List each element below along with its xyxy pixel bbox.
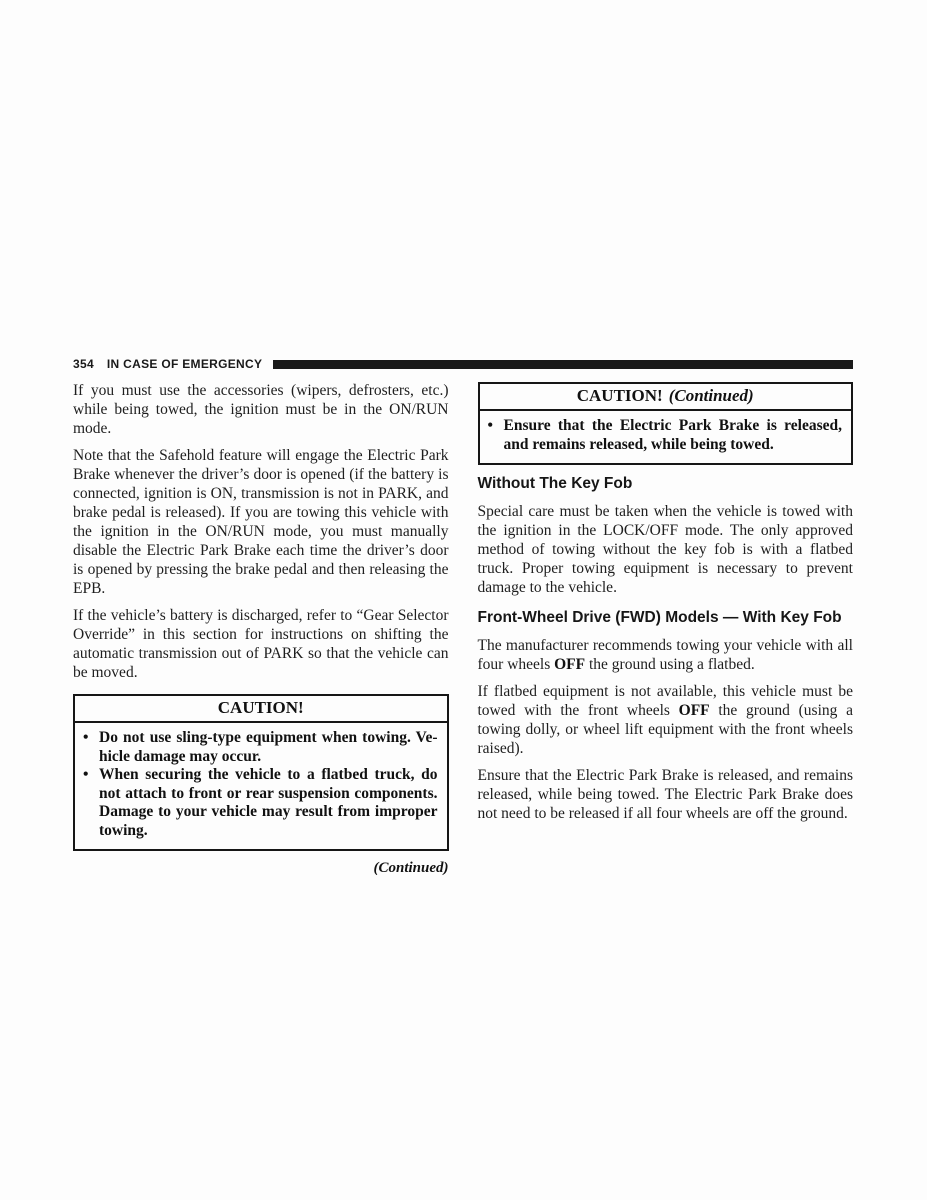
- bullet-icon: •: [488, 417, 504, 454]
- caution-bullet-text: When securing the vehicle to a flatbed t…: [99, 766, 438, 840]
- caution-box-title: CAUTION!: [75, 696, 447, 723]
- caution-bullet-text: Ensure that the Electric Park Brake is r…: [504, 417, 843, 454]
- off-emphasis: OFF: [554, 656, 585, 673]
- caution-title-continued: (Continued): [669, 386, 754, 405]
- caution-title-text: CAUTION!: [577, 386, 663, 405]
- caution-title-text: CAUTION!: [218, 698, 304, 717]
- heading-without-key-fob: Without The Key Fob: [478, 475, 854, 493]
- paragraph-battery-discharged: If the vehicle’s battery is discharged, …: [73, 606, 449, 682]
- caution-bullet-epb-released: • Ensure that the Electric Park Brake is…: [488, 417, 843, 454]
- manual-page: 354 IN CASE OF EMERGENCY If you must use…: [0, 0, 927, 1200]
- caution-box-body: • Ensure that the Electric Park Brake is…: [480, 411, 852, 463]
- caution-bullet-flatbed-securing: • When securing the vehicle to a flatbed…: [83, 766, 438, 840]
- paragraph-accessories: If you must use the accessories (wipers,…: [73, 381, 449, 438]
- right-column: CAUTION!(Continued) • Ensure that the El…: [478, 381, 854, 877]
- caution-box-body: • Do not use sling-type equipment when t…: [75, 723, 447, 849]
- paragraph-flatbed-not-available: If flatbed equipment is not available, t…: [478, 682, 854, 758]
- caution-bullet-text: Do not use sling-type equipment when tow…: [99, 729, 438, 766]
- paragraph-ensure-epb: Ensure that the Electric Park Brake is r…: [478, 766, 854, 823]
- two-column-layout: If you must use the accessories (wipers,…: [73, 381, 853, 877]
- header-rule-bar: [273, 360, 853, 369]
- paragraph-manufacturer-recommends: The manufacturer recommends towing your …: [478, 636, 854, 674]
- paragraph-segment: the ground using a flatbed.: [585, 656, 755, 673]
- page-number: 354: [73, 357, 94, 371]
- running-header: 354 IN CASE OF EMERGENCY: [73, 357, 853, 371]
- paragraph-special-care: Special care must be taken when the vehi…: [478, 502, 854, 597]
- paragraph-safehold: Note that the Safehold feature will enga…: [73, 446, 449, 598]
- bullet-icon: •: [83, 766, 99, 840]
- continued-note: (Continued): [73, 860, 449, 877]
- caution-bullet-sling: • Do not use sling-type equipment when t…: [83, 729, 438, 766]
- caution-box-title: CAUTION!(Continued): [480, 384, 852, 411]
- section-title: IN CASE OF EMERGENCY: [107, 357, 262, 371]
- heading-fwd-models: Front-Wheel Drive (FWD) Models — With Ke…: [478, 609, 854, 627]
- caution-continued-box: CAUTION!(Continued) • Ensure that the El…: [478, 382, 854, 465]
- page-content: 354 IN CASE OF EMERGENCY If you must use…: [73, 357, 853, 877]
- bullet-icon: •: [83, 729, 99, 766]
- off-emphasis: OFF: [679, 702, 710, 719]
- left-column: If you must use the accessories (wipers,…: [73, 381, 449, 877]
- caution-box: CAUTION! • Do not use sling-type equipme…: [73, 694, 449, 851]
